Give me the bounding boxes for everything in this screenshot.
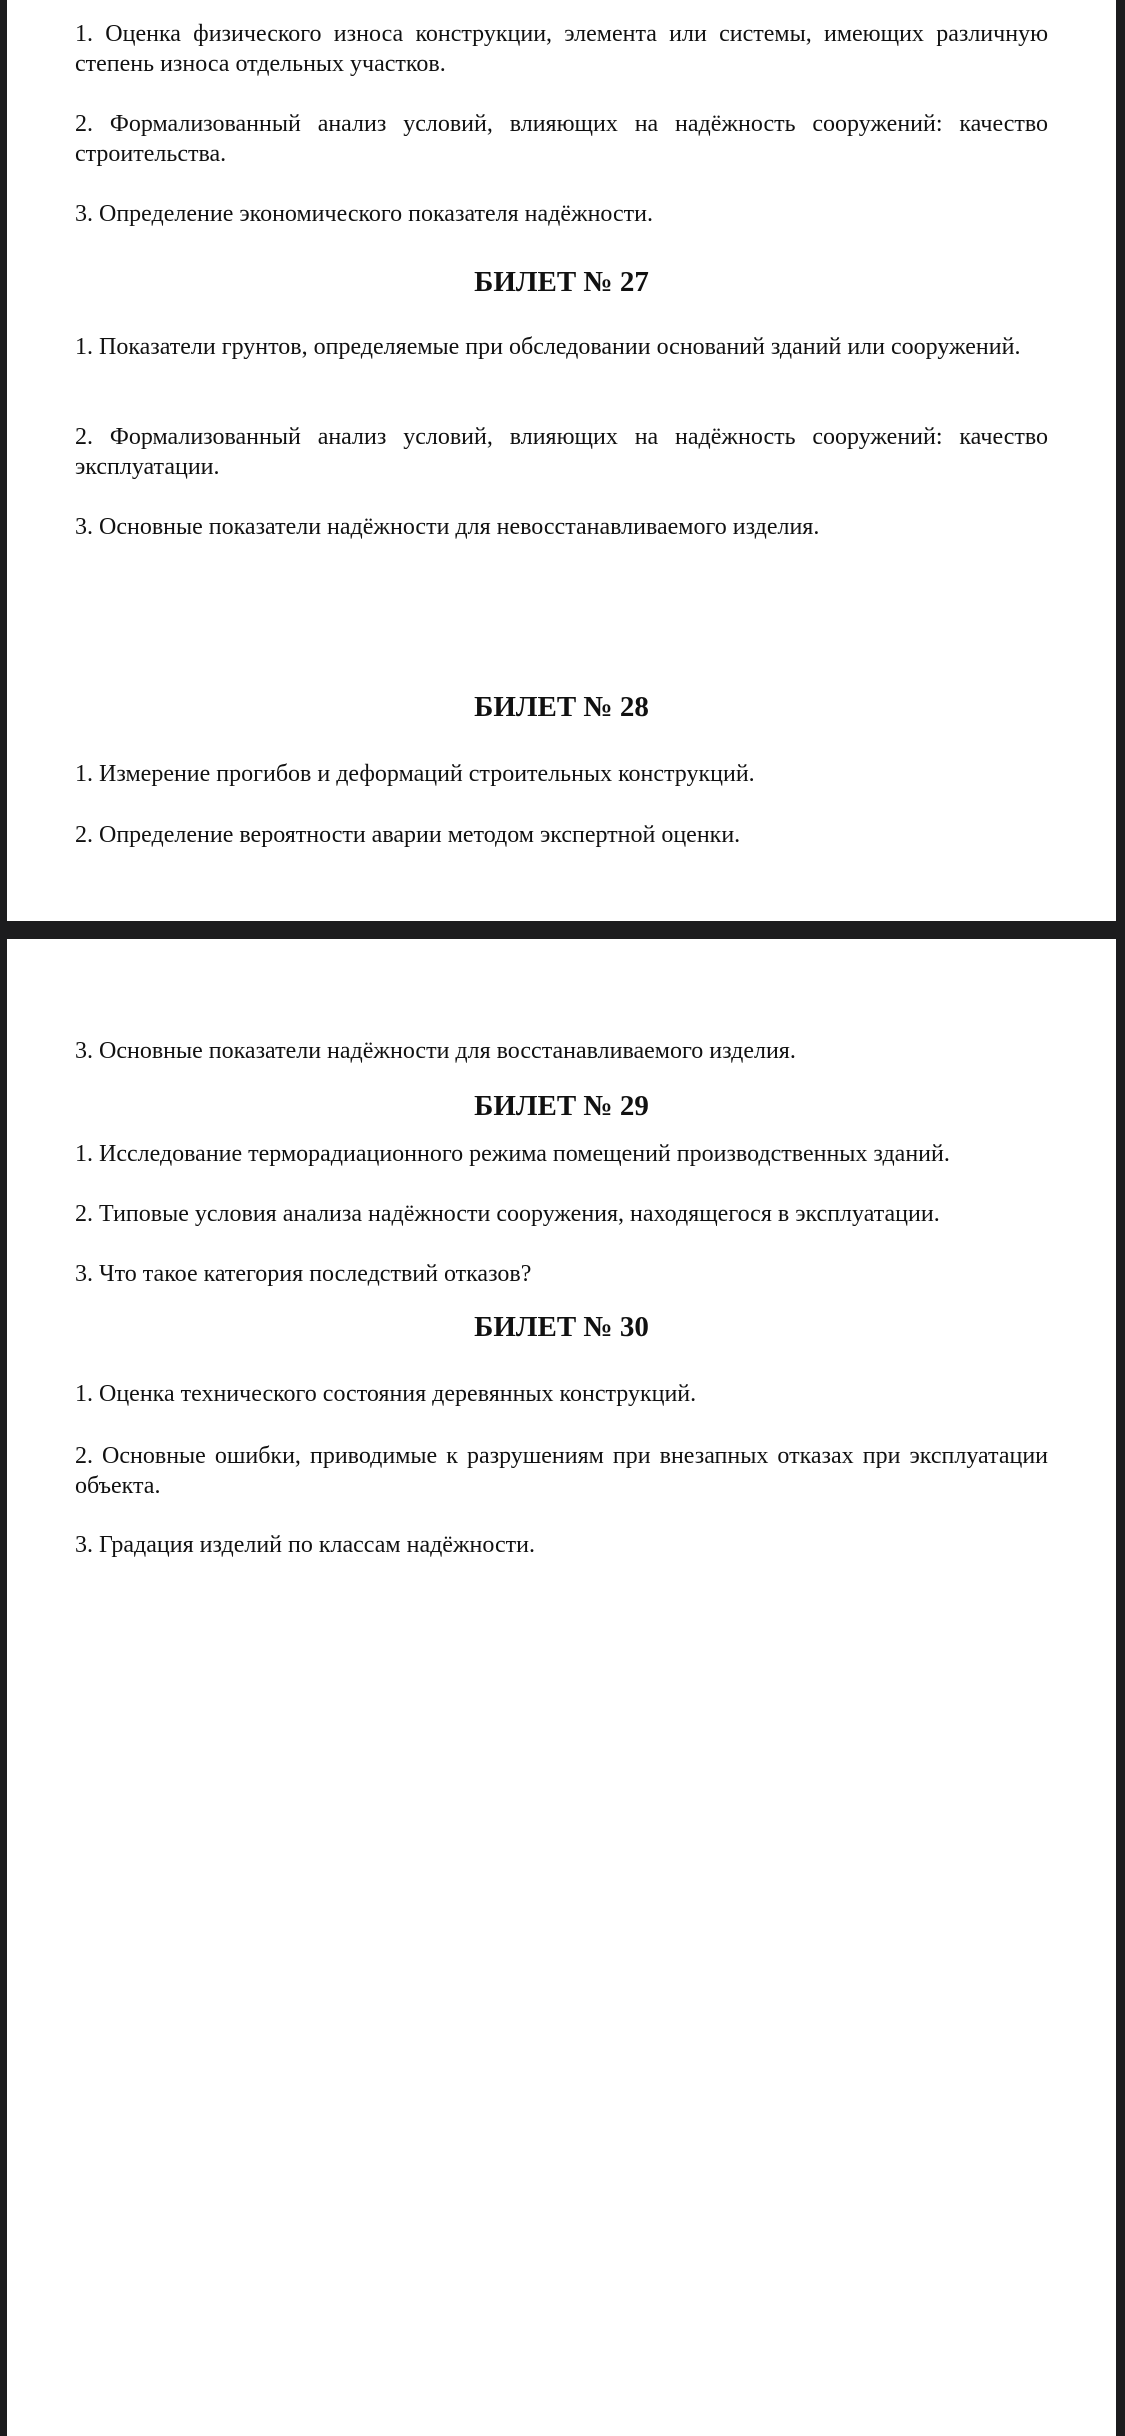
document-page-2: 3. Основные показатели надёжности для во… <box>7 939 1116 2436</box>
ticket-29-question-1: 1. Исследование терморадиационного режим… <box>75 1139 1048 1169</box>
ticket-26-question-1: 1. Оценка физического износа конструкции… <box>75 19 1048 79</box>
ticket-29-question-2: 2. Типовые условия анализа надёжности со… <box>75 1199 1048 1229</box>
ticket-30-question-2: 2. Основные ошибки, приводимые к разруше… <box>75 1441 1048 1501</box>
document-page-1: 1. Оценка физического износа конструкции… <box>7 0 1116 921</box>
ticket-30-question-1: 1. Оценка технического состояния деревян… <box>75 1379 1048 1409</box>
ticket-27-question-2: 2. Формализованный анализ условий, влияю… <box>75 422 1048 482</box>
ticket-27-question-3: 3. Основные показатели надёжности для не… <box>75 512 1048 542</box>
ticket-27-question-1: 1. Показатели грунтов, определяемые при … <box>75 332 1048 362</box>
ticket-28-question-3: 3. Основные показатели надёжности для во… <box>75 1036 1048 1066</box>
ticket-28-heading: БИЛЕТ № 28 <box>7 690 1116 724</box>
ticket-30-question-3: 3. Градация изделий по классам надёжност… <box>75 1530 1048 1560</box>
ticket-26-question-3: 3. Определение экономического показателя… <box>75 199 1048 229</box>
ticket-27-heading: БИЛЕТ № 27 <box>7 265 1116 299</box>
ticket-26-question-2: 2. Формализованный анализ условий, влияю… <box>75 109 1048 169</box>
ticket-29-heading: БИЛЕТ № 29 <box>7 1089 1116 1123</box>
ticket-28-question-1: 1. Измерение прогибов и деформаций строи… <box>75 759 1048 789</box>
ticket-30-heading: БИЛЕТ № 30 <box>7 1310 1116 1344</box>
ticket-28-question-2: 2. Определение вероятности аварии методо… <box>75 820 1048 850</box>
ticket-29-question-3: 3. Что такое категория последствий отказ… <box>75 1259 1048 1289</box>
